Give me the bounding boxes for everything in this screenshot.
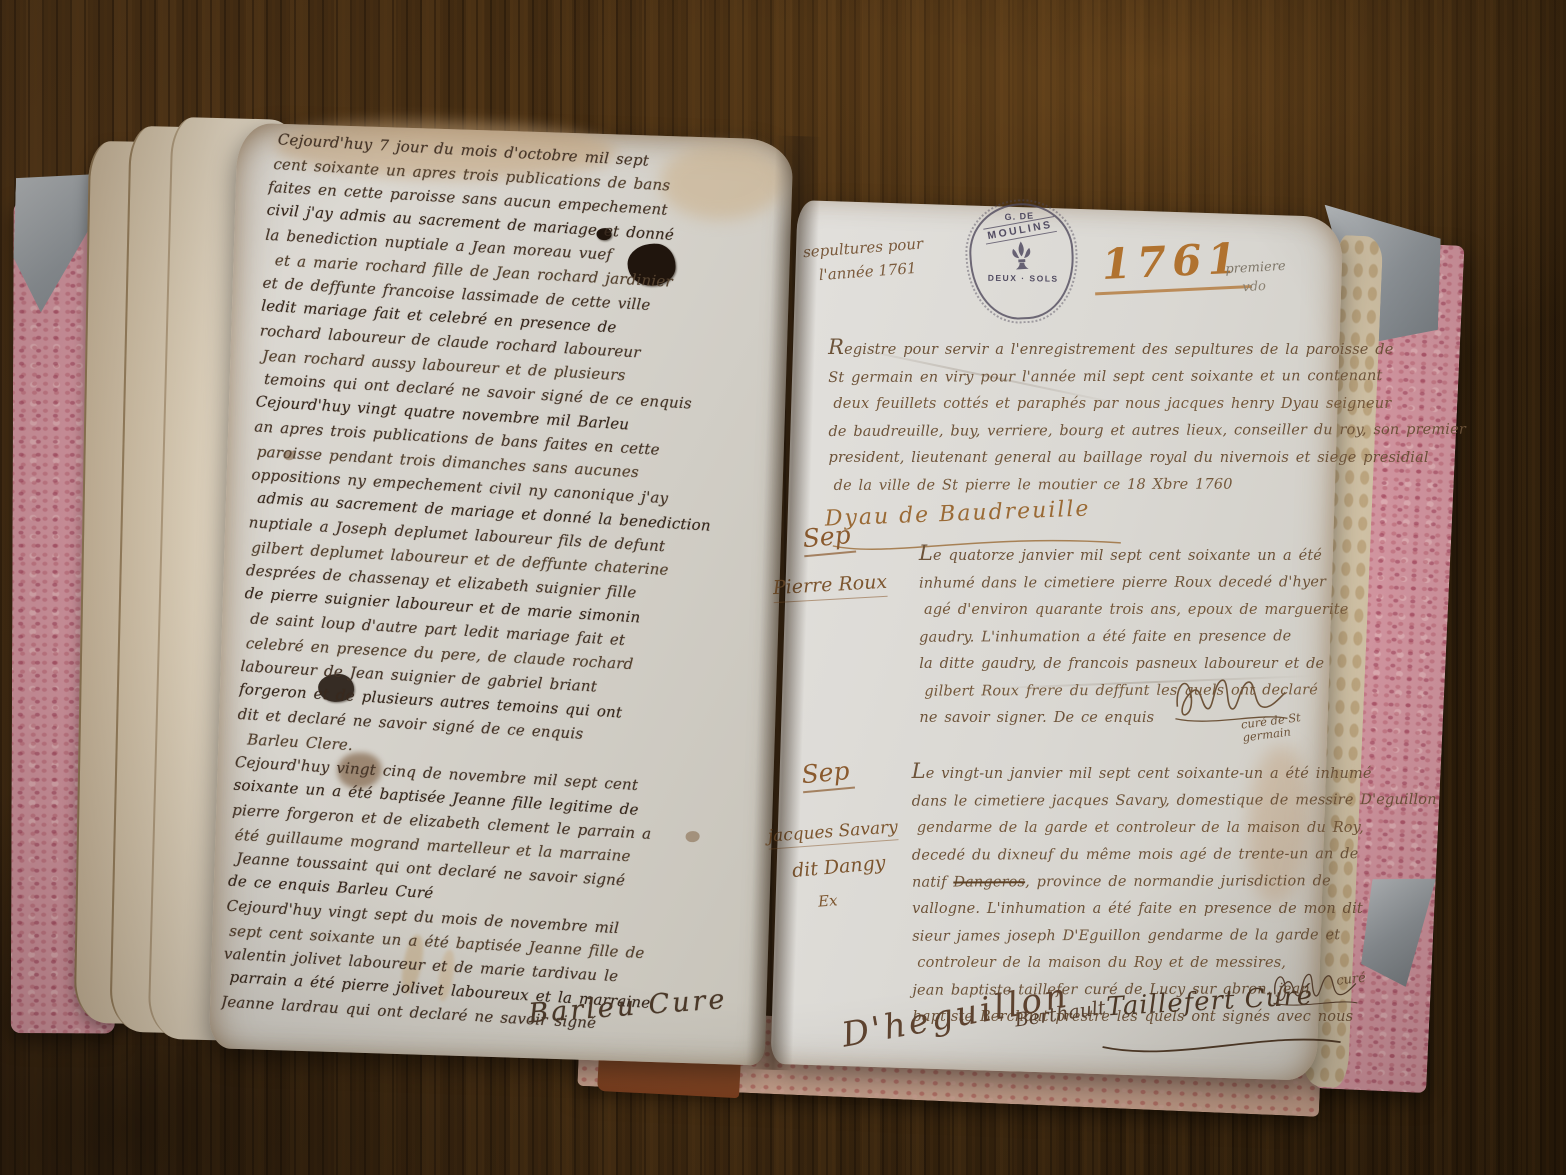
handwritten-line: gaudry. L'inhumation a été faite en pres… [919, 623, 1319, 651]
handwritten-line: St germain en viry pour l'année mil sept… [828, 363, 1333, 392]
corner-note-line: vdo [1226, 276, 1287, 298]
handwritten-line: natif Dangeros, province de normandie ju… [912, 868, 1344, 897]
handwritten-line: president, lieutenant general au baillag… [829, 445, 1334, 472]
right-page-content: sepultures pour l'année 1761 G. DE MOULI… [798, 200, 1347, 1066]
handwritten-line: gendarme de la garde et controleur de la… [912, 815, 1344, 842]
entry1-margin: Sep [803, 522, 855, 555]
left-page-text: Cejourd'huy 7 jour du mois d'octobre mil… [220, 127, 793, 1060]
right-page: sepultures pour l'année 1761 G. DE MOULI… [771, 200, 1344, 1081]
tax-stamp-generalite-moulins: G. DE MOULINS DEUX · SOLS [967, 200, 1077, 322]
handwritten-line: Le vingt-un janvier mil sept cent soixan… [912, 757, 1344, 788]
handwritten-line: deux feuillets cottés et paraphés par no… [828, 391, 1333, 418]
sep-margin-label: Sep [800, 756, 855, 794]
register-preamble: Registre pour servir a l'enregistrement … [828, 332, 1334, 500]
sep-margin-label: Sep [801, 520, 856, 558]
corner-note: premiere vdo [1225, 257, 1287, 298]
photo-scene: Cejourd'huy 7 jour du mois d'octobre mil… [0, 0, 1566, 1175]
cure-signature-note: curé [1336, 971, 1367, 989]
handwritten-line: de baudreuille, buy, verriere, bourg et … [828, 417, 1333, 446]
corner-note-line: premiere [1225, 257, 1286, 279]
header-note: sepultures pour l'année 1761 [802, 231, 926, 288]
natif-suffix: , province de normandie jurisdiction de [1025, 873, 1331, 890]
open-register-book: Cejourd'huy 7 jour du mois d'octobre mil… [0, 71, 1541, 1134]
signatures-row: D'heguillon Berthault Taillefert Curé cu… [800, 980, 1360, 1082]
handwritten-line: inhumé dans le cimetiere pierre Roux dec… [919, 569, 1319, 597]
natif-prefix: natif [912, 875, 953, 891]
stamp-text-bottom: DEUX · SOLS [987, 273, 1058, 284]
left-page: Cejourd'huy 7 jour du mois d'octobre mil… [209, 123, 794, 1066]
handwritten-line: de la ville de St pierre le moutier ce 1… [829, 471, 1334, 500]
entry2-lines-top: Le vingt-un janvier mil sept cent soixan… [912, 756, 1344, 870]
handwritten-line: decedé du dixneuf du même mois agé de tr… [912, 841, 1344, 870]
signature-cross-flourish [1097, 1028, 1347, 1057]
baudreuille-signature: Dyau de Baudreuille [824, 496, 1091, 531]
struck-word: Dangeros [953, 874, 1025, 890]
handwritten-line: dans le cimetiere jacques Savary, domest… [912, 787, 1344, 816]
fleur-de-lis-icon [1009, 240, 1035, 271]
handwritten-line: vallogne. L'inhumation a été faite en pr… [912, 896, 1344, 923]
entry2-margin: Sep [802, 758, 854, 791]
entry2-margin-name: jacques Savary [767, 817, 899, 849]
handwritten-line: Registre pour servir a l'enregistrement … [828, 333, 1333, 364]
entry2-margin-mark: Ex [817, 891, 838, 910]
handwritten-line: agé d'environ quarante trois ans, epoux … [919, 597, 1319, 624]
handwritten-line: Le quatorze janvier mil sept cent soixan… [919, 539, 1319, 570]
entry1-margin-name: Pierre Roux [772, 571, 888, 603]
entry2-margin-alias: dit Dangy [791, 852, 886, 882]
handwritten-line: sieur james joseph D'Eguillon gendarme d… [912, 922, 1344, 951]
